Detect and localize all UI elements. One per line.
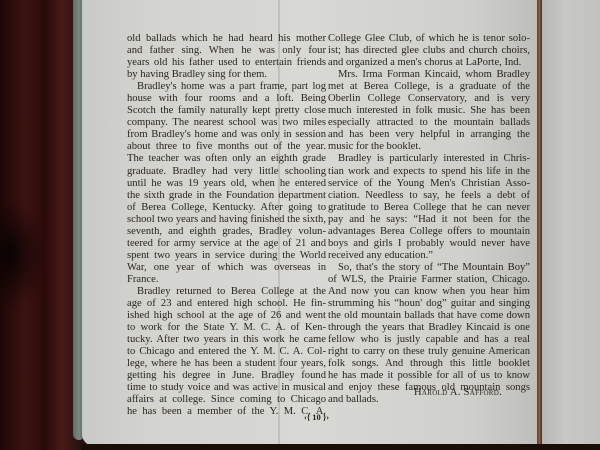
text-line: advantages Berea College offers to mount… [328, 226, 530, 238]
text-line: War, one year of which was overseas in [127, 262, 326, 274]
text-line: school two years and having finished the… [127, 214, 326, 226]
text-line: he has made it possible for all of us to… [328, 370, 530, 382]
page-number: ‹{ 10 }› [304, 412, 329, 422]
text-line: fellow who is justly capable and has a r… [328, 334, 530, 346]
text-line: getting his degree in June. Bradley foun… [127, 370, 326, 382]
text-line: music for the booklet. [328, 141, 530, 153]
text-line: boys and girls I probably would never ha… [328, 238, 530, 250]
page-shadow [82, 444, 600, 450]
text-line: much interested in folk music. She has b… [328, 105, 530, 117]
text-line: Mrs. Irma Forman Kincaid, whom Bradley [328, 69, 530, 81]
text-line: and father sing. When he was only four [127, 45, 326, 57]
text-line: the old mountain ballads that have come … [328, 310, 530, 322]
text-line: pay and he says: “Had it not been for th… [328, 214, 530, 226]
text-line: to work for the State Y. M. C. A. of Ken… [127, 322, 326, 334]
text-line: France. [127, 274, 326, 286]
text-line: service of the Young Men's Christian Ass… [328, 178, 530, 190]
text-line: tian work and expects to spend his life … [328, 166, 530, 178]
text-line: So, that's the story of “The Mountain Bo… [328, 262, 530, 274]
text-line: years old his father used to entertain f… [127, 57, 326, 69]
text-line: of Berea College, Kentucky. After going … [127, 202, 326, 214]
text-line: ciation. Needless to say, he feels a deb… [328, 190, 530, 202]
text-line: of WLS, the Prairie Farmer station, Chic… [328, 274, 530, 286]
text-line: age of 23 and entered high school. He fi… [127, 298, 326, 310]
text-line: until he was 19 years old, when he enter… [127, 178, 326, 190]
text-line: affairs at college. Since coming to Chic… [127, 394, 326, 406]
text-line: to Chicago and entered the Y. M. C. A. C… [127, 346, 326, 358]
text-line: especially attracted to the mountain bal… [328, 117, 530, 129]
text-line: lege, where he has been a student four y… [127, 358, 326, 370]
text-line: graduate. Bradley had very little school… [127, 166, 326, 178]
text-line: received any education.” [328, 250, 530, 262]
text-line: Scotch the family naturally kept pretty … [127, 105, 326, 117]
text-line: right to carry on these truly genuine Am… [328, 346, 530, 358]
text-line: folk songs. And through this little book… [328, 358, 530, 370]
text-line: The teacher was often only an eighth gra… [127, 153, 326, 165]
text-line: from Bradley's home and was only in sess… [127, 129, 326, 141]
text-line: College Glee Club, of which he is tenor … [328, 33, 530, 45]
text-line: and organized a men's chorus at LaPorte,… [328, 57, 530, 69]
text-line: time to study voice and was active in mu… [127, 382, 326, 394]
text-line: he has been a member of the Y. M. C. A. [127, 406, 326, 418]
text-line: tucky. After two years in this work he c… [127, 334, 326, 346]
text-line: the sixth grade in the Foundation depart… [127, 190, 326, 202]
left-text-column: old ballads which he had heard his mothe… [127, 33, 326, 419]
wooden-table-background [0, 0, 82, 450]
text-line: ist; has directed glee clubs and church … [328, 45, 530, 57]
text-line: ished high school at the age of 26 and w… [127, 310, 326, 322]
text-line: seventh, and eighth grades, Bradley volu… [127, 226, 326, 238]
author-signature: Harold A. Safford. [414, 387, 502, 398]
facing-page [542, 0, 600, 446]
text-line: through the years that Bradley Kincaid i… [328, 322, 530, 334]
text-line: Bradley is particularly interested in Ch… [328, 153, 530, 165]
text-line: Bradley returned to Berea College at the [127, 286, 326, 298]
text-line: about three to five months out of the ye… [127, 141, 326, 153]
text-line: met at Berea College, is a graduate of t… [328, 81, 530, 93]
text-line: Oberlin College Conservatory, and is ver… [328, 93, 530, 105]
text-line: house with four rooms and a loft. Being [127, 93, 326, 105]
text-line: old ballads which he had heard his mothe… [127, 33, 326, 45]
text-line: by having Bradley sing for them. [127, 69, 326, 81]
text-line: Bradley's home was a part frame, part lo… [127, 81, 326, 93]
text-line: spent two years in service during the Wo… [127, 250, 326, 262]
right-text-column: College Glee Club, of which he is tenor … [328, 33, 530, 406]
text-line: and has been very helpful in arranging t… [328, 129, 530, 141]
text-line: And now you can know when you hear him [328, 286, 530, 298]
text-line: strumming his “houn' dog” guitar and sin… [328, 298, 530, 310]
text-line: gratitude to Berea College that he can n… [328, 202, 530, 214]
text-line: company. The nearest school was two mile… [127, 117, 326, 129]
text-line: teered for army service at the age of 21… [127, 238, 326, 250]
